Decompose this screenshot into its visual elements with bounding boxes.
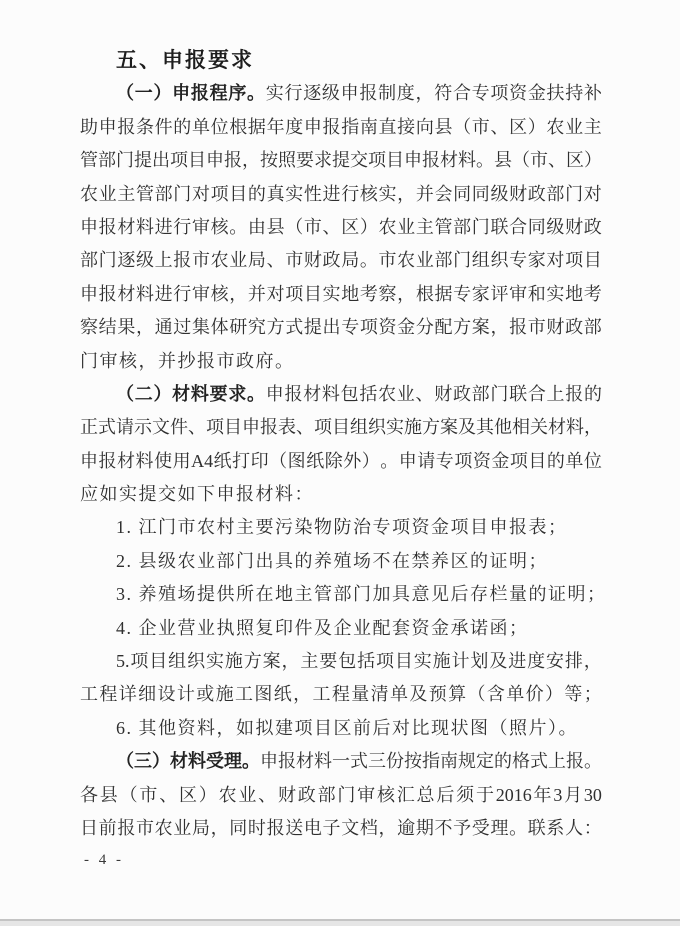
para-2-line-1: （二）材料要求。申报材料包括农业、财政部门联合上报的 [80, 378, 602, 411]
list-item-3: 3. 养殖场提供所在地主管部门加具意见后存栏量的证明； [80, 578, 602, 611]
para-1-line-9: 门审核，并抄报市政府。 [80, 345, 602, 378]
list-item-6: 6. 其他资料，如拟建项目区前后对比现状图（照片）。 [80, 712, 602, 745]
document-body: 五、申报要求 （一）申报程序。实行逐级申报制度，符合专项资金扶持补 助申报条件的… [80, 44, 602, 845]
para-1-line-5: 申报材料进行审核。由县（市、区）农业主管部门联合同级财政 [80, 211, 602, 244]
para-1-line-2: 助申报条件的单位根据年度申报指南直接向县（市、区）农业主 [80, 111, 602, 144]
para-2-line-4: 应如实提交如下申报材料： [80, 478, 602, 511]
para-1-line-3: 管部门提出项目申报，按照要求提交项目申报材料。县（市、区） [80, 144, 602, 177]
para-2-line-2: 正式请示文件、项目申报表、项目组织实施方案及其他相关材料， [80, 411, 602, 444]
para-1-line-4: 农业主管部门对项目的真实性进行核实，并会同同级财政部门对 [80, 178, 602, 211]
document-page: 五、申报要求 （一）申报程序。实行逐级申报制度，符合专项资金扶持补 助申报条件的… [0, 0, 680, 926]
page-number: - 4 - [84, 848, 124, 872]
para-1-line-7: 申报材料进行审核，并对项目实地考察，根据专家评审和实地考 [80, 278, 602, 311]
scan-edge-artifact [0, 919, 680, 926]
list-item-1: 1. 江门市农村主要污染物防治专项资金项目申报表； [80, 511, 602, 544]
para-1-line-6: 部门逐级上报市农业局、市财政局。市农业部门组织专家对项目 [80, 244, 602, 277]
section-heading: 五、申报要求 [80, 44, 602, 77]
para-1-line-1: （一）申报程序。实行逐级申报制度，符合专项资金扶持补 [80, 77, 602, 110]
para-2-line-3: 申报材料使用A4纸打印（图纸除外）。申请专项资金项目的单位 [80, 445, 602, 478]
list-item-2: 2. 县级农业部门出具的养殖场不在禁养区的证明； [80, 545, 602, 578]
para-3-line-1: （三）材料受理。申报材料一式三份按指南规定的格式上报。 [80, 745, 602, 778]
para-3-line-2: 各县（市、区）农业、财政部门审核汇总后须于2016年3月30 [80, 779, 602, 812]
list-item-5-line-2: 工程详细设计或施工图纸，工程量清单及预算（含单价）等； [80, 678, 602, 711]
para-3-line-3: 日前报市农业局，同时报送电子文档，逾期不予受理。联系人： [80, 812, 602, 845]
list-item-5-line-1: 5.项目组织实施方案，主要包括项目实施计划及进度安排， [80, 645, 602, 678]
list-item-4: 4. 企业营业执照复印件及企业配套资金承诺函； [80, 612, 602, 645]
para-1-line-8: 察结果，通过集体研究方式提出专项资金分配方案，报市财政部 [80, 311, 602, 344]
